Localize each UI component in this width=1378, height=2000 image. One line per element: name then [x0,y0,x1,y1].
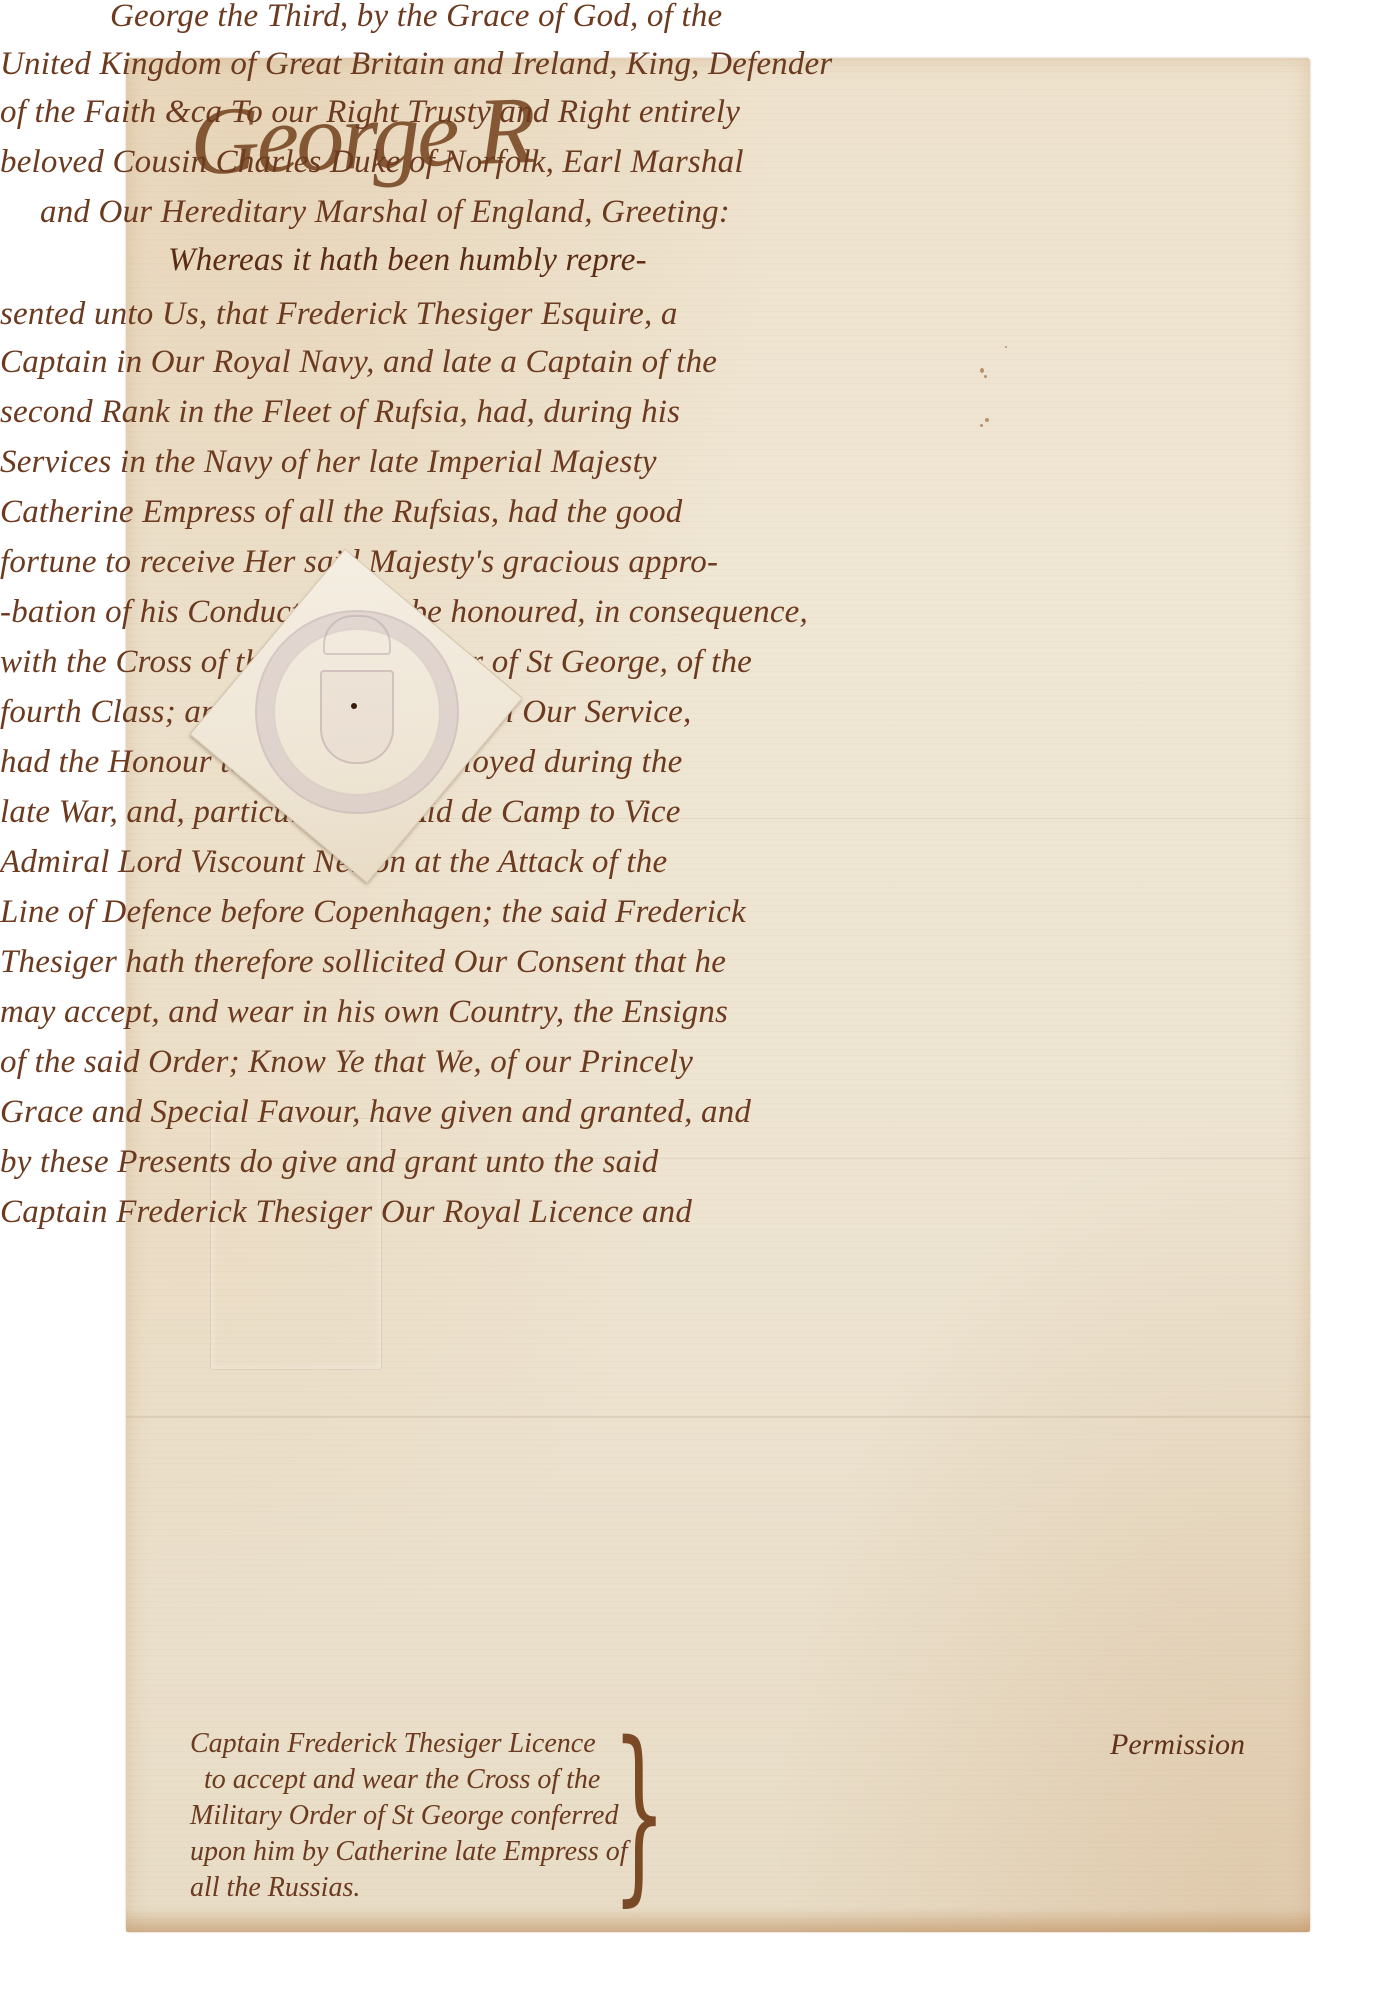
docket-line: upon him by Catherine late Empress of [190,1836,628,1868]
body-line: Captain in Our Royal Navy, and late a Ca… [0,346,717,379]
body-line: Captain Frederick Thesiger Our Royal Lic… [0,1196,692,1229]
body-line: of the said Order; Know Ye that We, of o… [0,1046,693,1079]
docket-line: all the Russias. [190,1872,360,1904]
body-line: Line of Defence before Copenhagen; the s… [0,896,746,929]
docket-line: to accept and wear the Cross of the [204,1764,600,1796]
body-line: Grace and Special Favour, have given and… [0,1096,751,1129]
catchword: Permission [1110,1728,1245,1762]
body-line: may accept, and wear in his own Country,… [0,996,728,1029]
brace-icon: } [612,1718,666,1908]
body-line: Whereas it hath been humbly repre- [168,244,647,277]
body-line: second Rank in the Fleet of Rufsia, had,… [0,396,680,429]
body-line: Services in the Navy of her late Imperia… [0,446,657,479]
body-line: Catherine Empress of all the Rufsias, ha… [0,496,683,529]
body-line: by these Presents do give and grant unto… [0,1146,658,1179]
body-line: and Our Hereditary Marshal of England, G… [40,196,730,229]
body-line: of the Faith &ca To our Right Trusty and… [0,96,740,129]
docket-line: Military Order of St George conferred [190,1800,618,1832]
body-line: Thesiger hath therefore sollicited Our C… [0,946,726,979]
docket-line: Captain Frederick Thesiger Licence [190,1728,596,1760]
seal-hole [351,703,357,709]
wafer-seal [195,555,535,880]
body-line: sented unto Us, that Frederick Thesiger … [0,298,678,331]
body-line: United Kingdom of Great Britain and Irel… [0,48,832,81]
body-line: George the Third, by the Grace of God, o… [110,0,722,33]
body-line: beloved Cousin Charles Duke of Norfolk, … [0,146,744,179]
coat-of-arms-icon [320,670,394,764]
